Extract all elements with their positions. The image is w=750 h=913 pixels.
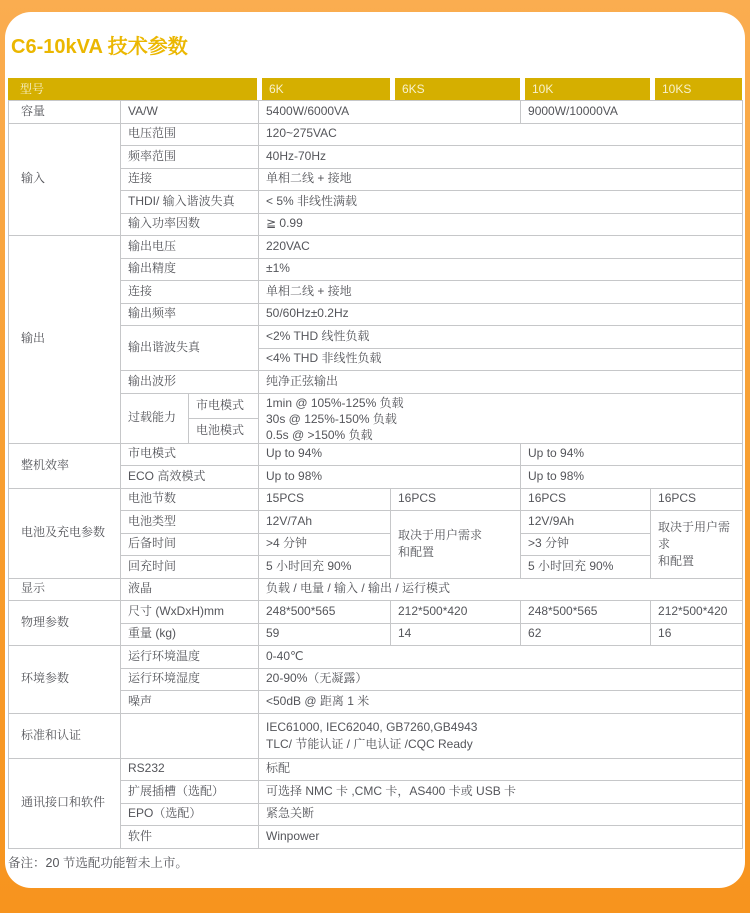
value-cell: 120~275VAC [259, 123, 743, 146]
depends-line-1: 取决于用户需求 [398, 527, 516, 544]
param-cell: 输出频率 [121, 303, 259, 326]
model-header-10k: 10K [525, 78, 650, 100]
param-cell: 市电模式 [121, 443, 259, 466]
value-cell: 负载 / 电量 / 输入 / 输出 / 运行模式 [259, 578, 743, 601]
value-cell: <2% THD 线性负载 [259, 326, 743, 349]
depends-line-2: 和配置 [658, 553, 738, 570]
value-10ks-depends: 取决于用户需求 和配置 [651, 511, 743, 579]
footnote: 备注：20 节选配功能暂未上市。 [8, 853, 188, 871]
value-cell: ±1% [259, 258, 743, 281]
value-cell: 220VAC [259, 236, 743, 259]
param-cell: 回充时间 [121, 556, 259, 579]
value-10k: 62 [521, 623, 651, 646]
param-cell: 电池类型 [121, 511, 259, 534]
value-6k: 248*500*565 [259, 601, 391, 624]
param-overload: 过载能力 [121, 393, 189, 443]
param-cell: 连接 [121, 168, 259, 191]
param-cell: 输出电压 [121, 236, 259, 259]
value-cell: ≧ 0.99 [259, 213, 743, 236]
param-cell: RS232 [121, 758, 259, 781]
value-10k: 16PCS [521, 488, 651, 511]
value-6ks-depends: 取决于用户需求 和配置 [391, 511, 521, 579]
model-header-6k: 6K [262, 78, 390, 100]
param-cell: 频率范围 [121, 146, 259, 169]
model-header-6ks: 6KS [395, 78, 520, 100]
depends-line-2: 和配置 [398, 544, 516, 561]
value-cell: 标配 [259, 758, 743, 781]
row-efficiency-ac: 整机效率 市电模式 Up to 94% Up to 94% [9, 443, 743, 466]
category-physical: 物理参数 [9, 601, 121, 646]
empty-cell [121, 713, 259, 758]
overload-line-2: 30s @ 125%-150% 负载 [266, 411, 738, 427]
row-display: 显示 液晶 负载 / 电量 / 输入 / 输出 / 运行模式 [9, 578, 743, 601]
row-physical-size: 物理参数 尺寸 (WxDxH)mm 248*500*565 212*500*42… [9, 601, 743, 624]
spec-table-wrap: 型号 6K 6KS 10K 10KS 容量 VA/W 5400W/6000VA … [8, 78, 742, 849]
value-10k: 9000W/10000VA [521, 101, 743, 124]
row-standards: 标准和认证 IEC61000, IEC62040, GB7260,GB4943 … [9, 713, 743, 758]
value-10k: 5 小时回充 90% [521, 556, 651, 579]
value-10ks: 212*500*420 [651, 601, 743, 624]
value-6k: 5 小时回充 90% [259, 556, 391, 579]
standards-values: IEC61000, IEC62040, GB7260,GB4943 TLC/ 节… [259, 713, 743, 758]
param-cell: 后备时间 [121, 533, 259, 556]
value-10k: >3 分钟 [521, 533, 651, 556]
row-battery-pcs: 电池及充电参数 电池节数 15PCS 16PCS 16PCS 16PCS [9, 488, 743, 511]
overload-line-3: 0.5s @ >150% 负载 [266, 427, 738, 443]
row-comm-rs232: 通讯接口和软件 RS232 标配 [9, 758, 743, 781]
param-cell: 连接 [121, 281, 259, 304]
row-env-temperature: 环境参数 运行环境温度 0-40℃ [9, 646, 743, 669]
param-cell: 输出波形 [121, 371, 259, 394]
spec-card: C6-10kVA 技术参数 型号 6K 6KS 10K 10KS 容量 VA/W… [5, 12, 745, 888]
value-10ks: 16 [651, 623, 743, 646]
value-cell: 20-90%（无凝露） [259, 668, 743, 691]
category-capacity: 容量 [9, 101, 121, 124]
category-environment: 环境参数 [9, 646, 121, 714]
value-cell: 单相二线 + 接地 [259, 281, 743, 304]
spec-table: 容量 VA/W 5400W/6000VA 9000W/10000VA 输入 电压… [8, 100, 743, 849]
param-cell: 运行环境湿度 [121, 668, 259, 691]
model-column-header: 型号 [8, 78, 257, 100]
models-header-row: 型号 6K 6KS 10K 10KS [8, 78, 742, 100]
param-cell: 软件 [121, 826, 259, 849]
value-6ks: 212*500*420 [391, 601, 521, 624]
param-harmonic: 输出谐波失真 [121, 326, 259, 371]
category-efficiency: 整机效率 [9, 443, 121, 488]
param-cell: THDI/ 输入谐波失真 [121, 191, 259, 214]
value-cell: 0-40℃ [259, 646, 743, 669]
value-cell: 单相二线 + 接地 [259, 168, 743, 191]
param-cell: EPO（选配） [121, 803, 259, 826]
param-cell: ECO 高效模式 [121, 466, 259, 489]
value-10k: Up to 98% [521, 466, 743, 489]
value-cell: 紧急关断 [259, 803, 743, 826]
category-standards: 标准和认证 [9, 713, 121, 758]
param-cell: 电池节数 [121, 488, 259, 511]
value-6ks: 14 [391, 623, 521, 646]
row-capacity: 容量 VA/W 5400W/6000VA 9000W/10000VA [9, 101, 743, 124]
overload-line-1: 1min @ 105%-125% 负载 [266, 395, 738, 411]
overload-mode-ac: 市电模式 [189, 393, 259, 418]
value-cell: <50dB @ 距离 1 米 [259, 691, 743, 714]
value-cell: 50/60Hz±0.2Hz [259, 303, 743, 326]
value-cell: 40Hz-70Hz [259, 146, 743, 169]
row-output-voltage: 输出 输出电压 220VAC [9, 236, 743, 259]
param-cell: 运行环境温度 [121, 646, 259, 669]
value-cell: 可选择 NMC 卡 ,CMC 卡，AS400 卡或 USB 卡 [259, 781, 743, 804]
value-cell: <4% THD 非线性负载 [259, 348, 743, 371]
param-cell: 电压范围 [121, 123, 259, 146]
value-6k: Up to 98% [259, 466, 521, 489]
depends-line-1: 取决于用户需求 [658, 519, 738, 553]
category-comm: 通讯接口和软件 [9, 758, 121, 848]
model-header-10ks: 10KS [655, 78, 742, 100]
param-cell: 噪声 [121, 691, 259, 714]
value-cell: < 5% 非线性满载 [259, 191, 743, 214]
value-10k: 12V/9Ah [521, 511, 651, 534]
category-battery: 电池及充电参数 [9, 488, 121, 578]
standards-line-2: TLC/ 节能认证 / 广电认证 /CQC Ready [266, 736, 738, 753]
param-cell: 输出精度 [121, 258, 259, 281]
overload-values: 1min @ 105%-125% 负载 30s @ 125%-150% 负载 0… [259, 393, 743, 443]
param-cell: 输入功率因数 [121, 213, 259, 236]
category-display: 显示 [9, 578, 121, 601]
value-6k: 59 [259, 623, 391, 646]
category-output: 输出 [9, 236, 121, 444]
value-6ks: 16PCS [391, 488, 521, 511]
value-10k: 248*500*565 [521, 601, 651, 624]
param-cell: VA/W [121, 101, 259, 124]
value-6k: >4 分钟 [259, 533, 391, 556]
category-input: 输入 [9, 123, 121, 236]
value-6k: Up to 94% [259, 443, 521, 466]
page-title: C6-10kVA 技术参数 [11, 30, 188, 59]
param-cell: 重量 (kg) [121, 623, 259, 646]
value-6k: 5400W/6000VA [259, 101, 521, 124]
value-cell: 纯净正弦输出 [259, 371, 743, 394]
value-10ks: 16PCS [651, 488, 743, 511]
value-6k: 15PCS [259, 488, 391, 511]
value-cell: Winpower [259, 826, 743, 849]
param-cell: 尺寸 (WxDxH)mm [121, 601, 259, 624]
row-input-voltage: 输入 电压范围 120~275VAC [9, 123, 743, 146]
param-cell: 扩展插槽（选配） [121, 781, 259, 804]
overload-mode-battery: 电池模式 [189, 418, 259, 443]
standards-line-1: IEC61000, IEC62040, GB7260,GB4943 [266, 719, 738, 736]
value-10k: Up to 94% [521, 443, 743, 466]
value-6k: 12V/7Ah [259, 511, 391, 534]
param-cell: 液晶 [121, 578, 259, 601]
